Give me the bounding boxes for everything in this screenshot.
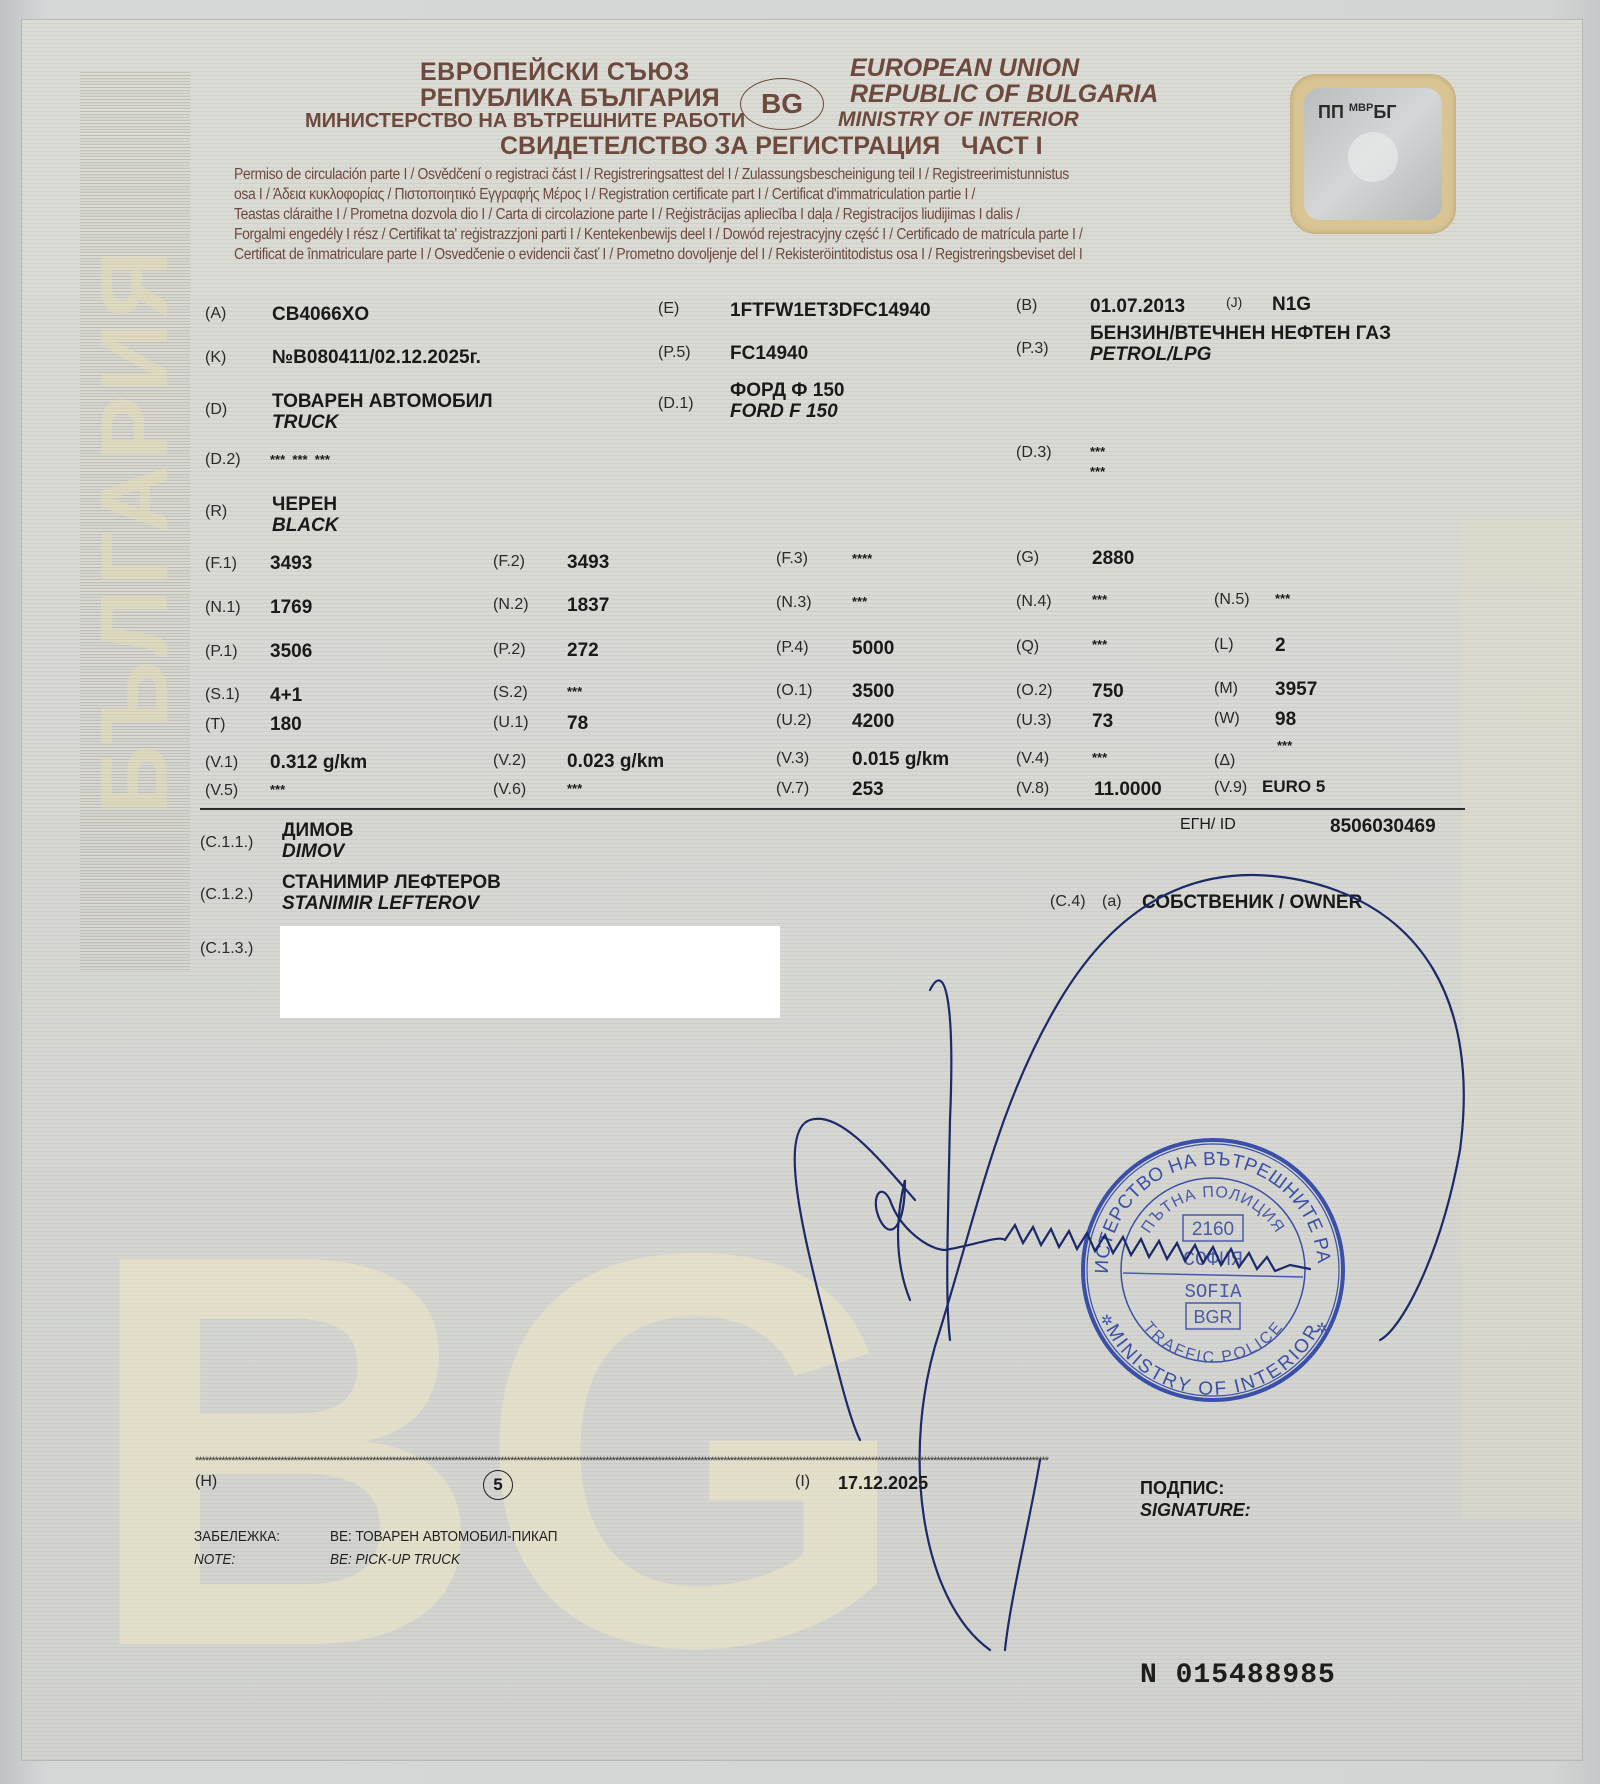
field-label-p1: (P.1) — [205, 643, 238, 661]
field-r-colour-en: BLACK — [272, 515, 339, 537]
field-v3-value: 0.015 g/km — [852, 749, 949, 771]
field-label-i: (I) — [795, 1473, 810, 1491]
field-l-value: 2 — [1275, 635, 1286, 657]
field-r-colour-bg: ЧЕРЕН — [272, 494, 337, 516]
field-p2-value: 272 — [567, 640, 599, 662]
field-v8-value: 11.0000 — [1094, 779, 1162, 801]
field-label-d3: (D.3) — [1016, 444, 1052, 462]
field-i-date: 17.12.2025 — [838, 1473, 928, 1494]
header-republic-bg: РЕПУБЛИКА БЪЛГАРИЯ — [420, 84, 720, 113]
note-label-bg: ЗАБЕЛЕЖКА: — [194, 1528, 280, 1545]
note-text-en: BE: PICK-UP TRUCK — [330, 1551, 460, 1568]
country-code: BG — [761, 88, 803, 120]
field-n1-value: 1769 — [270, 597, 312, 619]
field-d1-make-bg: ФОРД Ф 150 — [730, 380, 844, 402]
field-label-o2: (O.2) — [1016, 682, 1052, 700]
svg-text:SOFIA: SOFIA — [1184, 1281, 1242, 1303]
field-label-c13: (C.1.3.) — [200, 940, 253, 958]
field-label-v4: (V.4) — [1016, 750, 1049, 768]
field-label-n4: (N.4) — [1016, 593, 1052, 611]
svg-text:2160: 2160 — [1192, 1219, 1234, 1240]
watermark-bg: BG — [82, 1170, 902, 1730]
field-w-value: 98 — [1275, 709, 1296, 731]
field-u1-value: 78 — [567, 713, 588, 735]
field-label-delta: (Δ) — [1214, 752, 1235, 770]
field-v7-value: 253 — [852, 779, 884, 801]
field-label-p2: (P.2) — [493, 641, 526, 659]
field-v1-value: 0.312 g/km — [270, 752, 367, 774]
translations-block: Permiso de circulación parte I / Osvědče… — [234, 165, 1107, 265]
field-label-b: (B) — [1016, 297, 1037, 315]
field-d2-variant: *** *** *** — [270, 452, 330, 467]
field-label-n3: (N.3) — [776, 594, 812, 612]
field-k-approval: №B080411/02.12.2025г. — [272, 347, 481, 369]
field-label-c4-a: (a) — [1102, 893, 1122, 911]
field-label-m: (M) — [1214, 680, 1238, 698]
field-label-j: (J) — [1226, 294, 1242, 310]
field-p4-value: 5000 — [852, 638, 894, 660]
translation-line: Teastas cláraithe I / Prometna dozvola d… — [234, 205, 1107, 225]
field-label-u1: (U.1) — [493, 714, 529, 732]
holder-id-value: 8506030469 — [1330, 816, 1436, 838]
field-label-v1: (V.1) — [205, 754, 238, 772]
holder-surname-en: DIMOV — [282, 841, 344, 863]
hologram-text: ПП МВРБГ — [1318, 102, 1397, 123]
field-label-v6: (V.6) — [493, 781, 526, 799]
field-m-value: 3957 — [1275, 679, 1317, 701]
field-label-v2: (V.2) — [493, 752, 526, 770]
field-n3-value: *** — [852, 594, 867, 609]
traffic-police-stamp: МИНИСТЕРСТВО НА ВЪТРЕШНИТЕ РАБОТИ MINIST… — [1078, 1135, 1348, 1405]
holder-surname-bg: ДИМОВ — [282, 820, 354, 842]
field-label-r: (R) — [205, 503, 227, 521]
translation-line: osa I / Άδεια κυκλοφορίας / Πιστοποιητικ… — [234, 185, 1107, 205]
circled-number: 5 — [483, 1470, 513, 1500]
field-label-c11: (C.1.1.) — [200, 834, 253, 852]
field-b-first-registration: 01.07.2013 — [1090, 296, 1185, 318]
field-v5-value: *** — [270, 782, 285, 797]
field-p1-value: 3506 — [270, 641, 312, 663]
header-republic-en: REPUBLIC OF BULGARIA — [850, 80, 1158, 109]
field-v6-value: *** — [567, 781, 582, 796]
holder-id-label: ЕГН/ ID — [1180, 816, 1236, 834]
signature-label-bg: ПОДПИС: — [1140, 1478, 1224, 1499]
field-n2-value: 1837 — [567, 595, 609, 617]
translation-line: Forgalmi engedély I rész / Certifikat ta… — [234, 225, 1107, 245]
field-label-p5: (P.5) — [658, 344, 691, 362]
watermark-vertical: БЪЛГАРИЯ — [90, 80, 180, 980]
field-label-c12: (C.1.2.) — [200, 886, 253, 904]
field-label-f3: (F.3) — [776, 550, 808, 568]
svg-text:✲: ✲ — [1101, 1312, 1113, 1328]
country-code-oval: BG — [740, 78, 824, 130]
signature-label-en: SIGNATURE: — [1140, 1500, 1251, 1521]
document-serial-number: N 015488985 — [1140, 1660, 1336, 1691]
field-label-v7: (V.7) — [776, 780, 809, 798]
svg-text:BGR: BGR — [1193, 1307, 1232, 1327]
field-label-l: (L) — [1214, 636, 1234, 654]
section-divider — [200, 808, 1465, 810]
header-eu-en: EUROPEAN UNION — [850, 54, 1079, 83]
field-label-t: (T) — [205, 716, 225, 734]
translation-line: Certificat de înmatriculare parte I / Os… — [234, 245, 1107, 265]
field-v9-value: EURO 5 — [1262, 777, 1325, 797]
field-label-e: (E) — [658, 300, 679, 318]
header-ministry-bg: МИНИСТЕРСТВО НА ВЪТРЕШНИТЕ РАБОТИ — [305, 110, 745, 133]
field-n4-value: *** — [1092, 592, 1107, 607]
watermark-right — [1462, 520, 1582, 1520]
header-eu-bg: ЕВРОПЕЙСКИ СЪЮЗ — [420, 58, 690, 87]
field-delta-value: *** — [1277, 738, 1292, 753]
field-v2-value: 0.023 g/km — [567, 751, 664, 773]
field-label-f2: (F.2) — [493, 553, 525, 571]
field-label-s1: (S.1) — [205, 686, 240, 704]
field-q-value: *** — [1092, 637, 1107, 652]
field-d1-make-en: FORD F 150 — [730, 401, 838, 423]
field-label-v8: (V.8) — [1016, 780, 1049, 798]
field-label-w: (W) — [1214, 710, 1240, 728]
field-label-a: (A) — [205, 305, 226, 323]
field-label-v5: (V.5) — [205, 782, 238, 800]
note-label-en: NOTE: — [194, 1551, 235, 1568]
field-u3-value: 73 — [1092, 711, 1113, 733]
holder-status: СОБСТВЕНИК / OWNER — [1142, 892, 1362, 914]
field-t-value: 180 — [270, 714, 302, 736]
field-label-f1: (F.1) — [205, 555, 237, 573]
holder-names-en: STANIMIR LEFTEROV — [282, 893, 479, 915]
field-f2-value: 3493 — [567, 552, 609, 574]
field-label-n5: (N.5) — [1214, 591, 1250, 609]
field-label-g: (G) — [1016, 549, 1039, 567]
translation-line: Permiso de circulación parte I / Osvědče… — [234, 165, 1107, 185]
field-label-u2: (U.2) — [776, 712, 812, 730]
field-o2-value: 750 — [1092, 681, 1124, 703]
field-label-u3: (U.3) — [1016, 712, 1052, 730]
field-j-category: N1G — [1272, 294, 1311, 316]
hologram-foil: ПП МВРБГ — [1304, 88, 1442, 220]
field-label-n2: (N.2) — [493, 596, 529, 614]
field-label-d2: (D.2) — [205, 451, 241, 469]
holder-names-bg: СТАНИМИР ЛЕФТЕРОВ — [282, 872, 501, 894]
field-label-d: (D) — [205, 401, 227, 419]
field-label-s2: (S.2) — [493, 684, 528, 702]
field-label-v3: (V.3) — [776, 750, 809, 768]
field-v4-value: *** — [1092, 750, 1107, 765]
svg-text:✲: ✲ — [1316, 1320, 1328, 1336]
field-n5-value: *** — [1275, 591, 1290, 606]
field-e-vin: 1FTFW1ET3DFC14940 — [730, 300, 931, 322]
hologram-sticker: ПП МВРБГ — [1290, 74, 1456, 234]
field-f3-value: **** — [852, 551, 872, 566]
field-p3-fuel-en: PETROL/LPG — [1090, 344, 1211, 366]
field-label-d1: (D.1) — [658, 395, 694, 413]
star-divider: ****************************************… — [195, 1456, 1463, 1466]
field-label-n1: (N.1) — [205, 599, 241, 617]
hologram-emblem-icon — [1348, 132, 1398, 182]
field-g-value: 2880 — [1092, 548, 1134, 570]
field-d3-model-2: *** — [1090, 464, 1105, 479]
field-d3-model-1: *** — [1090, 444, 1105, 459]
field-label-h: (H) — [195, 1473, 217, 1491]
document-title: СВИДЕТЕЛСТВО ЗА РЕГИСТРАЦИЯ ЧАСТ I — [500, 132, 1043, 161]
field-label-p4: (P.4) — [776, 639, 809, 657]
svg-text:СОФИЯ: СОФИЯ — [1183, 1249, 1243, 1272]
field-s2-value: *** — [567, 684, 582, 699]
note-text-bg: BE: ТОВАРЕН АВТОМОБИЛ-ПИКАП — [330, 1528, 557, 1545]
address-redaction — [280, 926, 780, 1018]
header-ministry-en: MINISTRY OF INTERIOR — [838, 108, 1079, 132]
field-label-k: (K) — [205, 349, 226, 367]
field-label-c4: (C.4) — [1050, 893, 1086, 911]
field-p3-fuel-bg: БЕНЗИН/ВТЕЧНЕН НЕФТЕН ГАЗ — [1090, 323, 1391, 345]
field-d-type-bg: ТОВАРЕН АВТОМОБИЛ — [272, 391, 493, 413]
field-d-type-en: TRUCK — [272, 412, 339, 434]
field-o1-value: 3500 — [852, 681, 894, 703]
field-a-registration-number: CB4066XO — [272, 304, 369, 326]
field-f1-value: 3493 — [270, 553, 312, 575]
field-label-p3: (P.3) — [1016, 340, 1049, 358]
registration-certificate: БЪЛГАРИЯ BG — [22, 20, 1582, 1760]
field-label-q: (Q) — [1016, 638, 1039, 656]
field-u2-value: 4200 — [852, 711, 894, 733]
field-s1-value: 4+1 — [270, 685, 302, 707]
field-p5-engine-code: FC14940 — [730, 343, 808, 365]
field-label-o1: (O.1) — [776, 682, 812, 700]
field-label-v9: (V.9) — [1214, 779, 1247, 797]
